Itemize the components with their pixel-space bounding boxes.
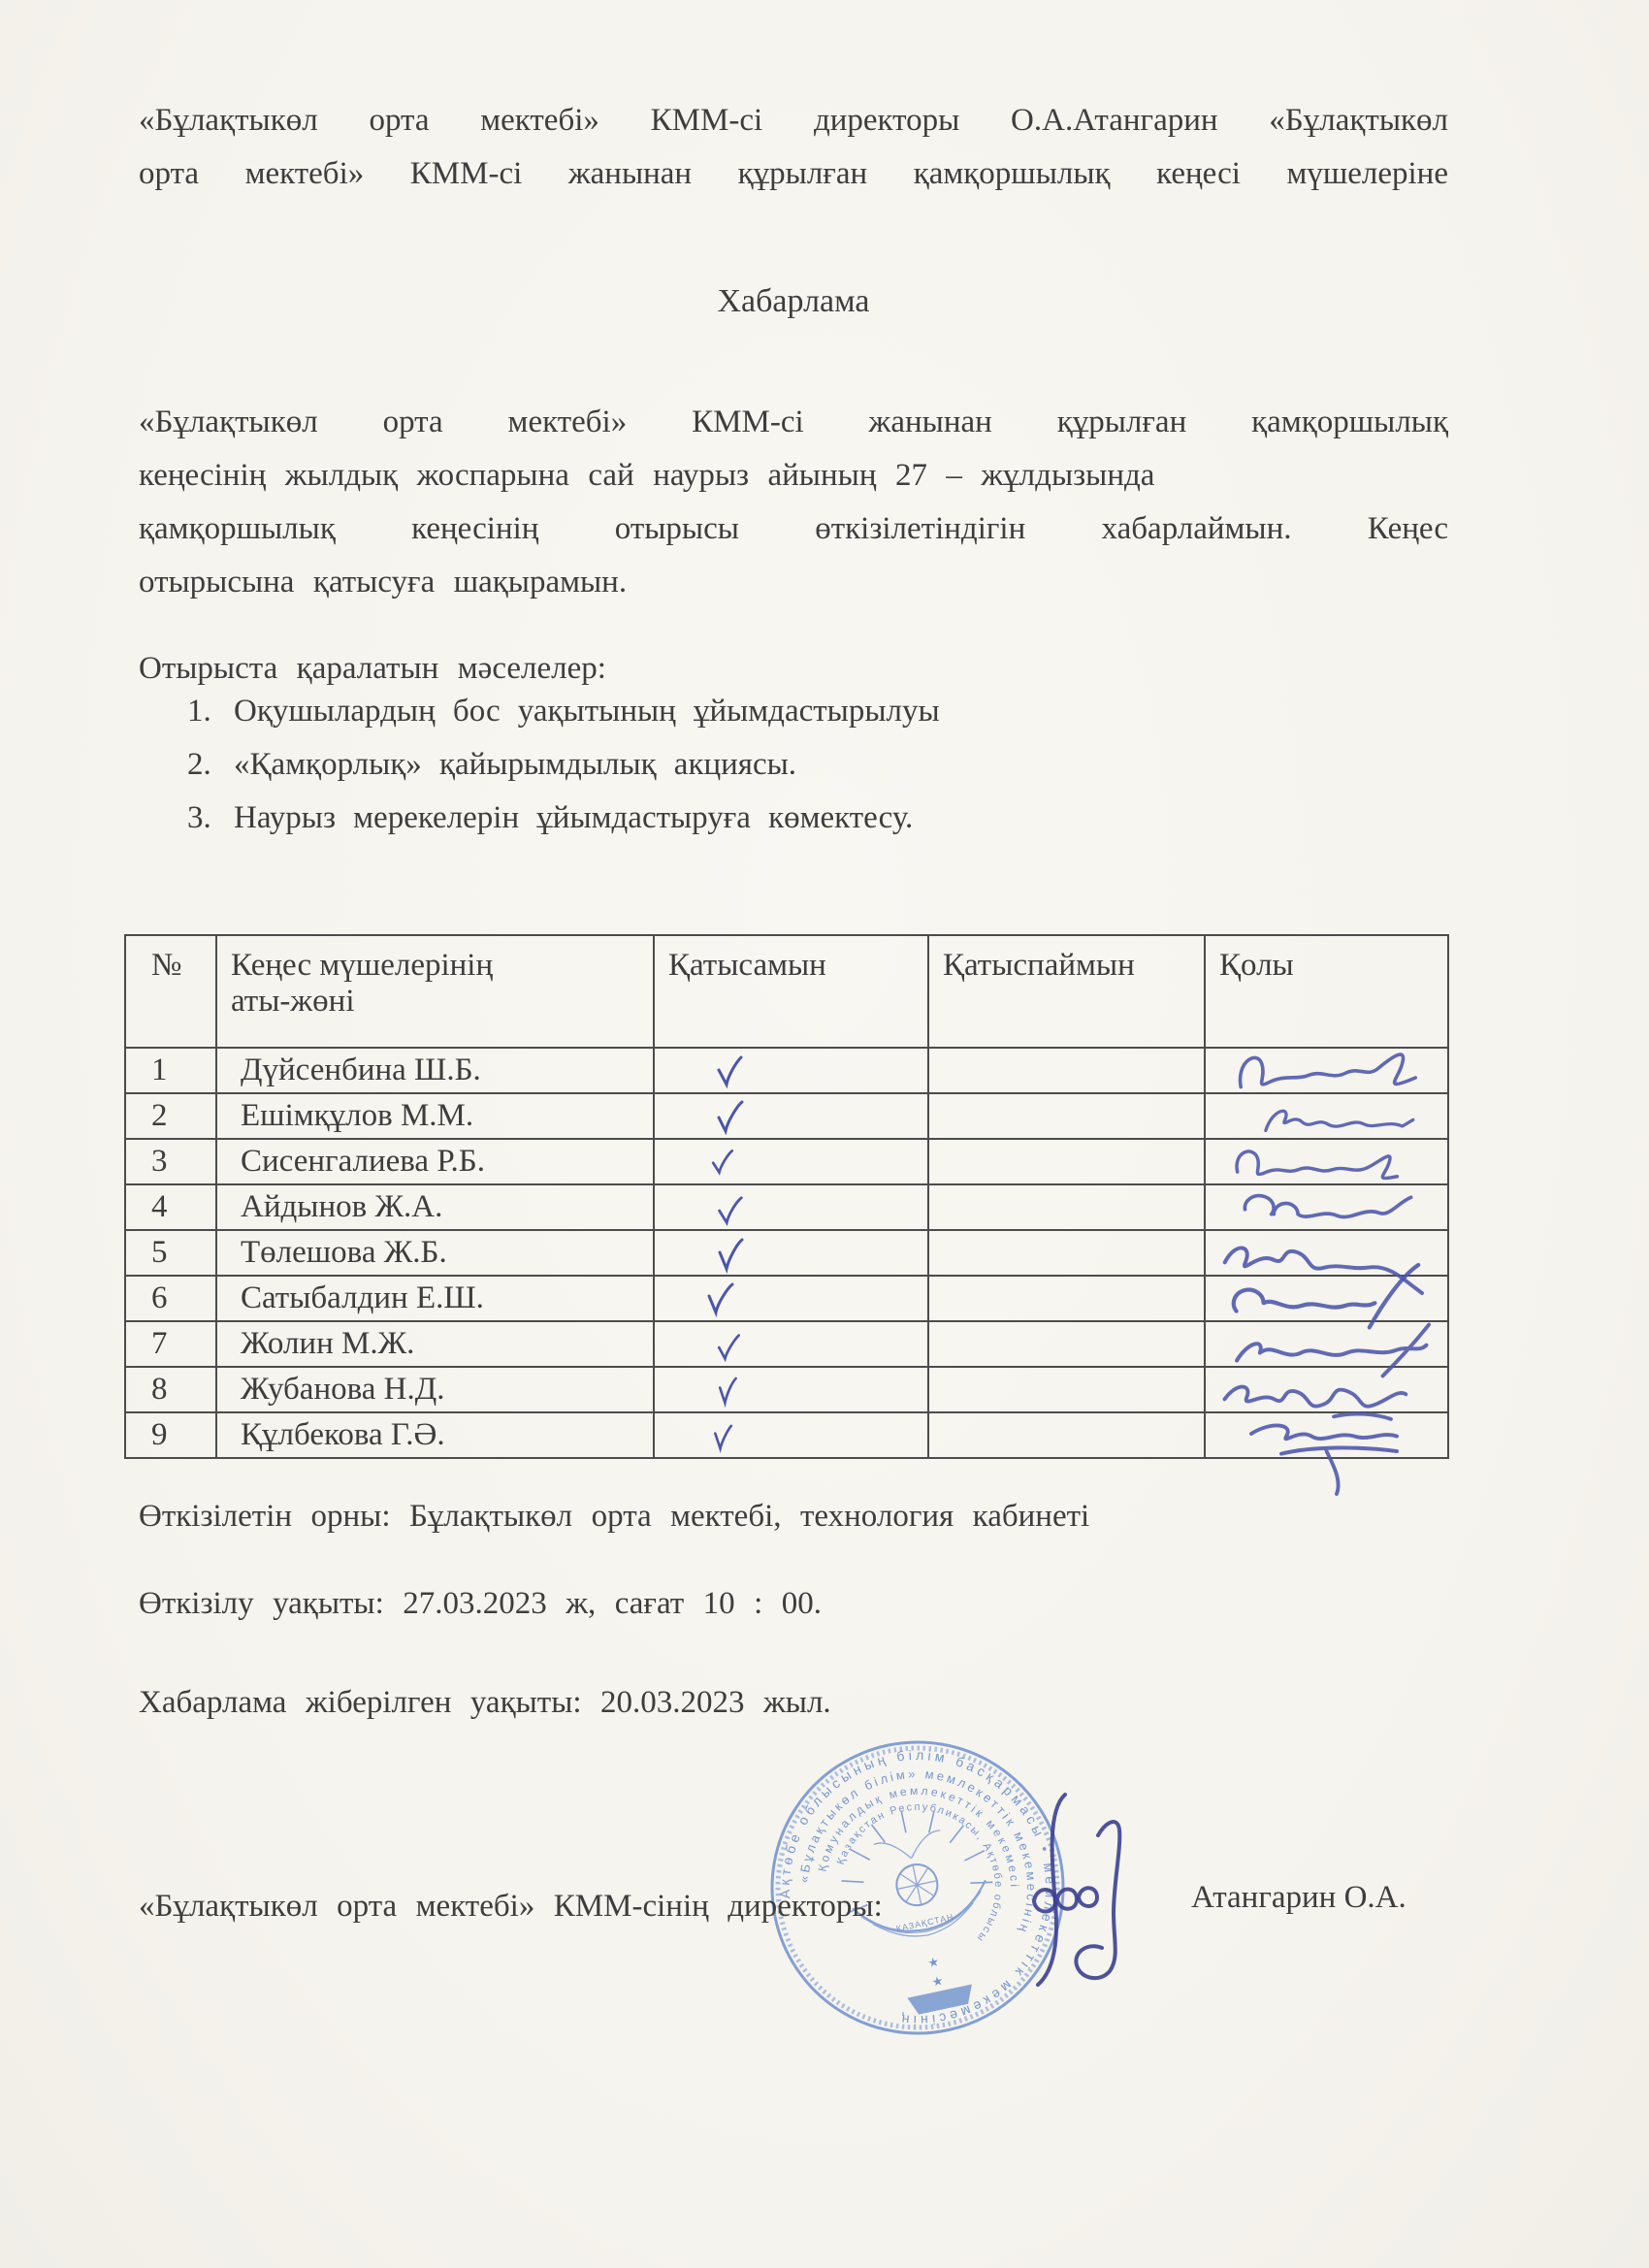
row-number-cell: 6 <box>125 1276 216 1321</box>
signature-cell <box>1205 1048 1448 1093</box>
agenda-item-text: «Қамқорлық» қайырымдылық акциясы. <box>234 747 796 782</box>
member-name-cell: Айдынов Ж.А. <box>216 1184 654 1230</box>
absent-cell <box>928 1412 1205 1458</box>
signature-cell <box>1205 1412 1448 1458</box>
row-number-cell: 1 <box>125 1048 216 1093</box>
checkmark-icon <box>709 1146 736 1177</box>
attend-cell <box>654 1367 928 1412</box>
checkmark-icon <box>715 1054 744 1089</box>
table-row: 1 Дүйсенбина Ш.Б. <box>125 1048 1448 1093</box>
agenda-item: 3.Наурыз мерекелерін ұйымдастыруға көмек… <box>187 800 913 836</box>
table-row: 6 Сатыбалдин Е.Ш. <box>125 1276 1448 1321</box>
row-number-cell: 9 <box>125 1412 216 1458</box>
header-paragraph: «Бұлақтыкөл орта мектебі» КММ-сі директо… <box>139 94 1448 201</box>
agenda-item-number: 2. <box>187 747 218 783</box>
paragraph-line: қамқоршылық кеңесінің отырысы өткізілеті… <box>139 502 1448 556</box>
page-title: Хабарлама <box>139 283 1448 320</box>
attend-cell <box>654 1139 928 1184</box>
attend-cell <box>654 1093 928 1139</box>
agenda-item: 2.«Қамқорлық» қайырымдылық акциясы. <box>187 747 796 783</box>
paragraph-line: кеңесінің жылдық жоспарына сай наурыз ай… <box>139 449 1448 502</box>
signature-cell <box>1205 1184 1448 1230</box>
stamp-star: ★ <box>930 1973 945 1990</box>
column-header-absent: Қатыспаймын <box>928 935 1205 1048</box>
row-number-cell: 4 <box>125 1184 216 1230</box>
checkmark-icon <box>715 1100 744 1135</box>
member-name-cell: Құлбекова Г.Ә. <box>216 1412 654 1458</box>
table-header-row: № Кеңес мүшелерінің аты-жөні Қатысамын Қ… <box>125 935 1448 1048</box>
signature-cell <box>1205 1230 1448 1276</box>
scanned-document-page: «Бұлақтыкөл орта мектебі» КММ-сі директо… <box>0 0 1649 2268</box>
column-header-attend: Қатысамын <box>654 935 928 1048</box>
row-number-cell: 7 <box>125 1321 216 1367</box>
absent-cell <box>928 1093 1205 1139</box>
member-name-cell: Ешімқұлов М.М. <box>216 1093 654 1139</box>
column-header-signature: Қолы <box>1205 935 1448 1048</box>
column-header-number: № <box>125 935 216 1048</box>
row-number-cell: 2 <box>125 1093 216 1139</box>
signature-scribble <box>1212 1043 1464 1101</box>
checkmark-icon <box>705 1282 734 1317</box>
signature-cell <box>1205 1276 1448 1321</box>
checkmark-icon <box>715 1332 742 1363</box>
member-name-cell: Сисенгалиева Р.Б. <box>216 1139 654 1184</box>
absent-cell <box>928 1139 1205 1184</box>
attend-cell <box>654 1048 928 1093</box>
sent-line: Хабарлама жіберілген уақыты: 20.03.2023 … <box>139 1676 1448 1730</box>
table-row: 7 Жолин М.Ж. <box>125 1321 1448 1367</box>
signature-scribble <box>1219 1314 1471 1373</box>
absent-cell <box>928 1367 1205 1412</box>
table-row: 3 Сисенгалиева Р.Б. <box>125 1139 1448 1184</box>
table-row: 8 Жубанова Н.Д. <box>125 1367 1448 1412</box>
header-line: орта мектебі» КММ-сі жанынан құрылған қа… <box>139 147 1448 201</box>
checkmark-icon <box>715 1195 744 1228</box>
table-row: 2 Ешімқұлов М.М. <box>125 1093 1448 1139</box>
row-number-cell: 5 <box>125 1230 216 1276</box>
agenda-heading: Отырыста қаралатын мәселелер: <box>139 642 1448 696</box>
row-number-cell: 8 <box>125 1367 216 1412</box>
table-row: 4 Айдынов Ж.А. <box>125 1184 1448 1230</box>
absent-cell <box>928 1321 1205 1367</box>
attend-cell <box>654 1276 928 1321</box>
member-name-cell: Төлешова Ж.Б. <box>216 1230 654 1276</box>
member-name-cell: Жолин М.Ж. <box>216 1321 654 1367</box>
absent-cell <box>928 1230 1205 1276</box>
attend-cell <box>654 1184 928 1230</box>
member-name-cell: Сатыбалдин Е.Ш. <box>216 1276 654 1321</box>
director-name: Атангарин О.А. <box>1191 1880 1406 1916</box>
paragraph-line: отырысына қатысуға шақырамын. <box>139 556 1448 609</box>
checkmark-icon <box>711 1421 736 1454</box>
signature-cell <box>1205 1367 1448 1412</box>
absent-cell <box>928 1048 1205 1093</box>
body-paragraph: «Бұлақтыкөл орта мектебі» КММ-сі жанынан… <box>139 396 1448 609</box>
row-number-cell: 3 <box>125 1139 216 1184</box>
member-name-cell: Жубанова Н.Д. <box>216 1367 654 1412</box>
signature-cell <box>1205 1321 1448 1367</box>
time-line: Өткізілу уақыты: 27.03.2023 ж, сағат 10 … <box>139 1577 1448 1631</box>
table-row: 9 Құлбекова Г.Ә. <box>125 1412 1448 1458</box>
signature-scribble <box>1239 1404 1491 1462</box>
signature-cell <box>1205 1139 1448 1184</box>
agenda-item-number: 1. <box>187 694 218 729</box>
agenda-item-text: Оқушылардың бос уақытының ұйымдастырылуы <box>234 694 940 729</box>
signature-scribble <box>1212 1176 1464 1234</box>
attend-cell <box>654 1321 928 1367</box>
header-line: «Бұлақтыкөл орта мектебі» КММ-сі директо… <box>139 94 1448 147</box>
venue-line: Өткізілетін орны: Бұлақтыкөл орта мектеб… <box>139 1490 1448 1543</box>
absent-cell <box>928 1276 1205 1321</box>
signature-scribble <box>1204 1362 1456 1420</box>
stamp-star: ★ <box>926 1954 941 1970</box>
member-name-cell: Дүйсенбина Ш.Б. <box>216 1048 654 1093</box>
attend-cell <box>654 1230 928 1276</box>
agenda-item-number: 3. <box>187 800 218 836</box>
signature-cell <box>1205 1093 1448 1139</box>
column-header-name: Кеңес мүшелерінің аты-жөні <box>216 935 654 1048</box>
director-label: «Бұлақтыкөл орта мектебі» КММ-сінің дире… <box>139 1889 883 1924</box>
column-header-name-line: аты-жөні <box>231 984 645 1020</box>
table-row: 5 Төлешова Ж.Б. <box>125 1230 1448 1276</box>
checkmark-icon <box>715 1237 744 1274</box>
checkmark-icon <box>715 1374 740 1409</box>
absent-cell <box>928 1184 1205 1230</box>
paragraph-line: «Бұлақтыкөл орта мектебі» КММ-сі жанынан… <box>139 396 1448 449</box>
director-line: «Бұлақтыкөл орта мектебі» КММ-сінің дире… <box>139 1880 1206 1933</box>
agenda-item: 1.Оқушылардың бос уақытының ұйымдастырыл… <box>187 694 940 729</box>
column-header-name-line: Кеңес мүшелерінің <box>231 948 645 984</box>
attend-cell <box>654 1412 928 1458</box>
members-table: № Кеңес мүшелерінің аты-жөні Қатысамын Қ… <box>124 934 1449 1459</box>
agenda-item-text: Наурыз мерекелерін ұйымдастыруға көмекте… <box>234 800 913 835</box>
